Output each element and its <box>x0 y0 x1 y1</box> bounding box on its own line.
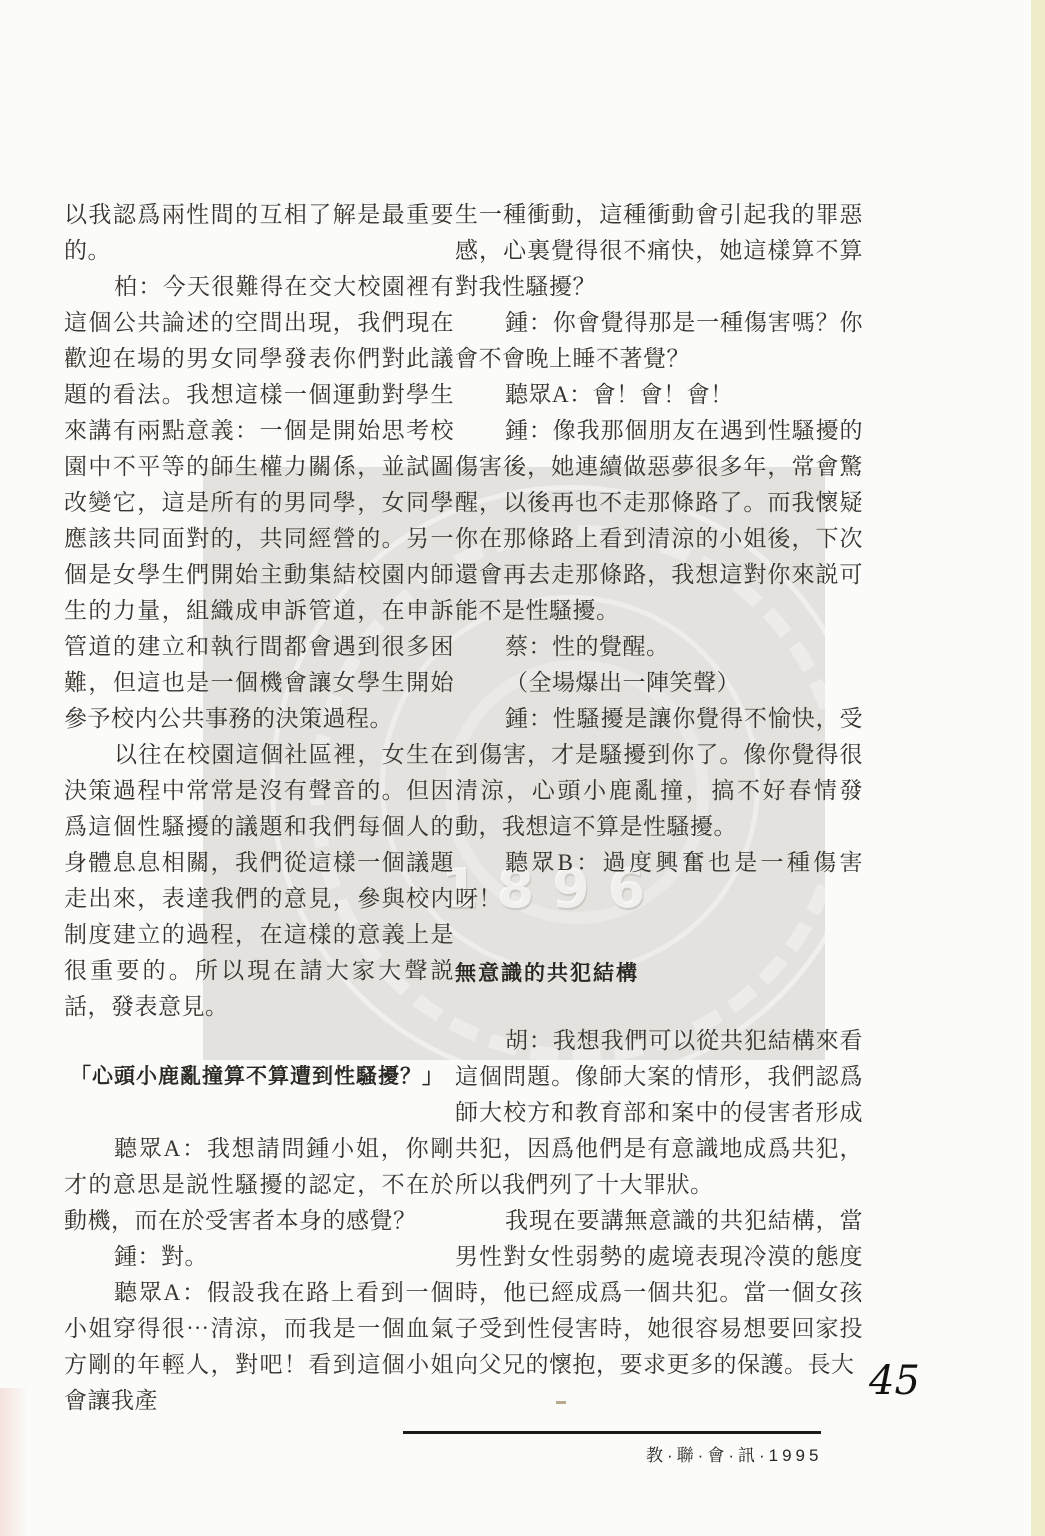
paragraph: 鍾：對。 <box>64 1239 454 1275</box>
page-number: 45 <box>869 1358 920 1404</box>
paragraph: （全場爆出一陣笑聲） <box>455 665 863 701</box>
right-column: 生一種衝動，這種衝動會引起我的罪惡感，心裏覺得很不痛快，她這樣算不算對我性騷擾？… <box>455 197 863 1383</box>
page-edge-right <box>1031 0 1045 1536</box>
section-heading: 無意識的共犯結構 <box>455 959 863 989</box>
paragraph: 聽眾A：假設我在路上看到一個小姐穿得很⋯清涼，而我是一個血氣方剛的年輕人，對吧！… <box>64 1275 454 1419</box>
paragraph: 鍾：像我那個朋友在遇到性騷擾的傷害後，她連續做惡夢很多年，常會驚醒，以後再也不走… <box>455 413 863 629</box>
magazine-page: 1896 以我認爲兩性間的互相了解是最重要的。 柏：今天很難得在交大校園裡有這個… <box>0 0 1045 1536</box>
page-edge-bottom-left <box>0 1388 28 1536</box>
journal-footer: 教·聯·會·訊·1995 <box>646 1441 822 1466</box>
paragraph: 聽眾B：過度興奮也是一種傷害呀！ <box>455 845 863 917</box>
section-heading-quote: 「心頭小鹿亂撞算不算遭到性騷擾？」 <box>70 1062 454 1092</box>
paragraph: 以我認爲兩性間的互相了解是最重要的。 <box>64 197 454 269</box>
paragraph: 鍾：性騷擾是讓你覺得不愉快，受到傷害，才是騷擾到你了。像你覺得很清涼，心頭小鹿亂… <box>455 701 863 845</box>
paragraph: 以往在校園這個社區裡，女生在決策過程中常常是沒有聲音的。但因爲這個性騷擾的議題和… <box>64 737 454 1025</box>
footer-rule <box>403 1431 821 1434</box>
paragraph: 我現在要講無意識的共犯結構，當男性對女性弱勢的處境表現冷漠的態度時，他已經成爲一… <box>455 1203 863 1383</box>
paragraph: 鍾：你會覺得那是一種傷害嗎？你會不會晚上睡不著覺？ <box>455 305 863 377</box>
paragraph: 蔡：性的覺醒。 <box>455 629 863 665</box>
paragraph: 生一種衝動，這種衝動會引起我的罪惡感，心裏覺得很不痛快，她這樣算不算對我性騷擾？ <box>455 197 863 305</box>
paragraph: 胡：我想我們可以從共犯結構來看這個問題。像師大案的情形，我們認爲師大校方和教育部… <box>455 1023 863 1203</box>
left-column: 以我認爲兩性間的互相了解是最重要的。 柏：今天很難得在交大校園裡有這個公共論述的… <box>64 197 454 1419</box>
paragraph: 聽眾A：我想請問鍾小姐，你剛才的意思是説性騷擾的認定，不在於動機，而在於受害者本… <box>64 1131 454 1239</box>
paragraph: 柏：今天很難得在交大校園裡有這個公共論述的空間出現，我們現在歡迎在場的男女同學發… <box>64 269 454 737</box>
scan-speck <box>556 1401 566 1404</box>
paragraph: 聽眾A：會！會！會！ <box>455 377 863 413</box>
